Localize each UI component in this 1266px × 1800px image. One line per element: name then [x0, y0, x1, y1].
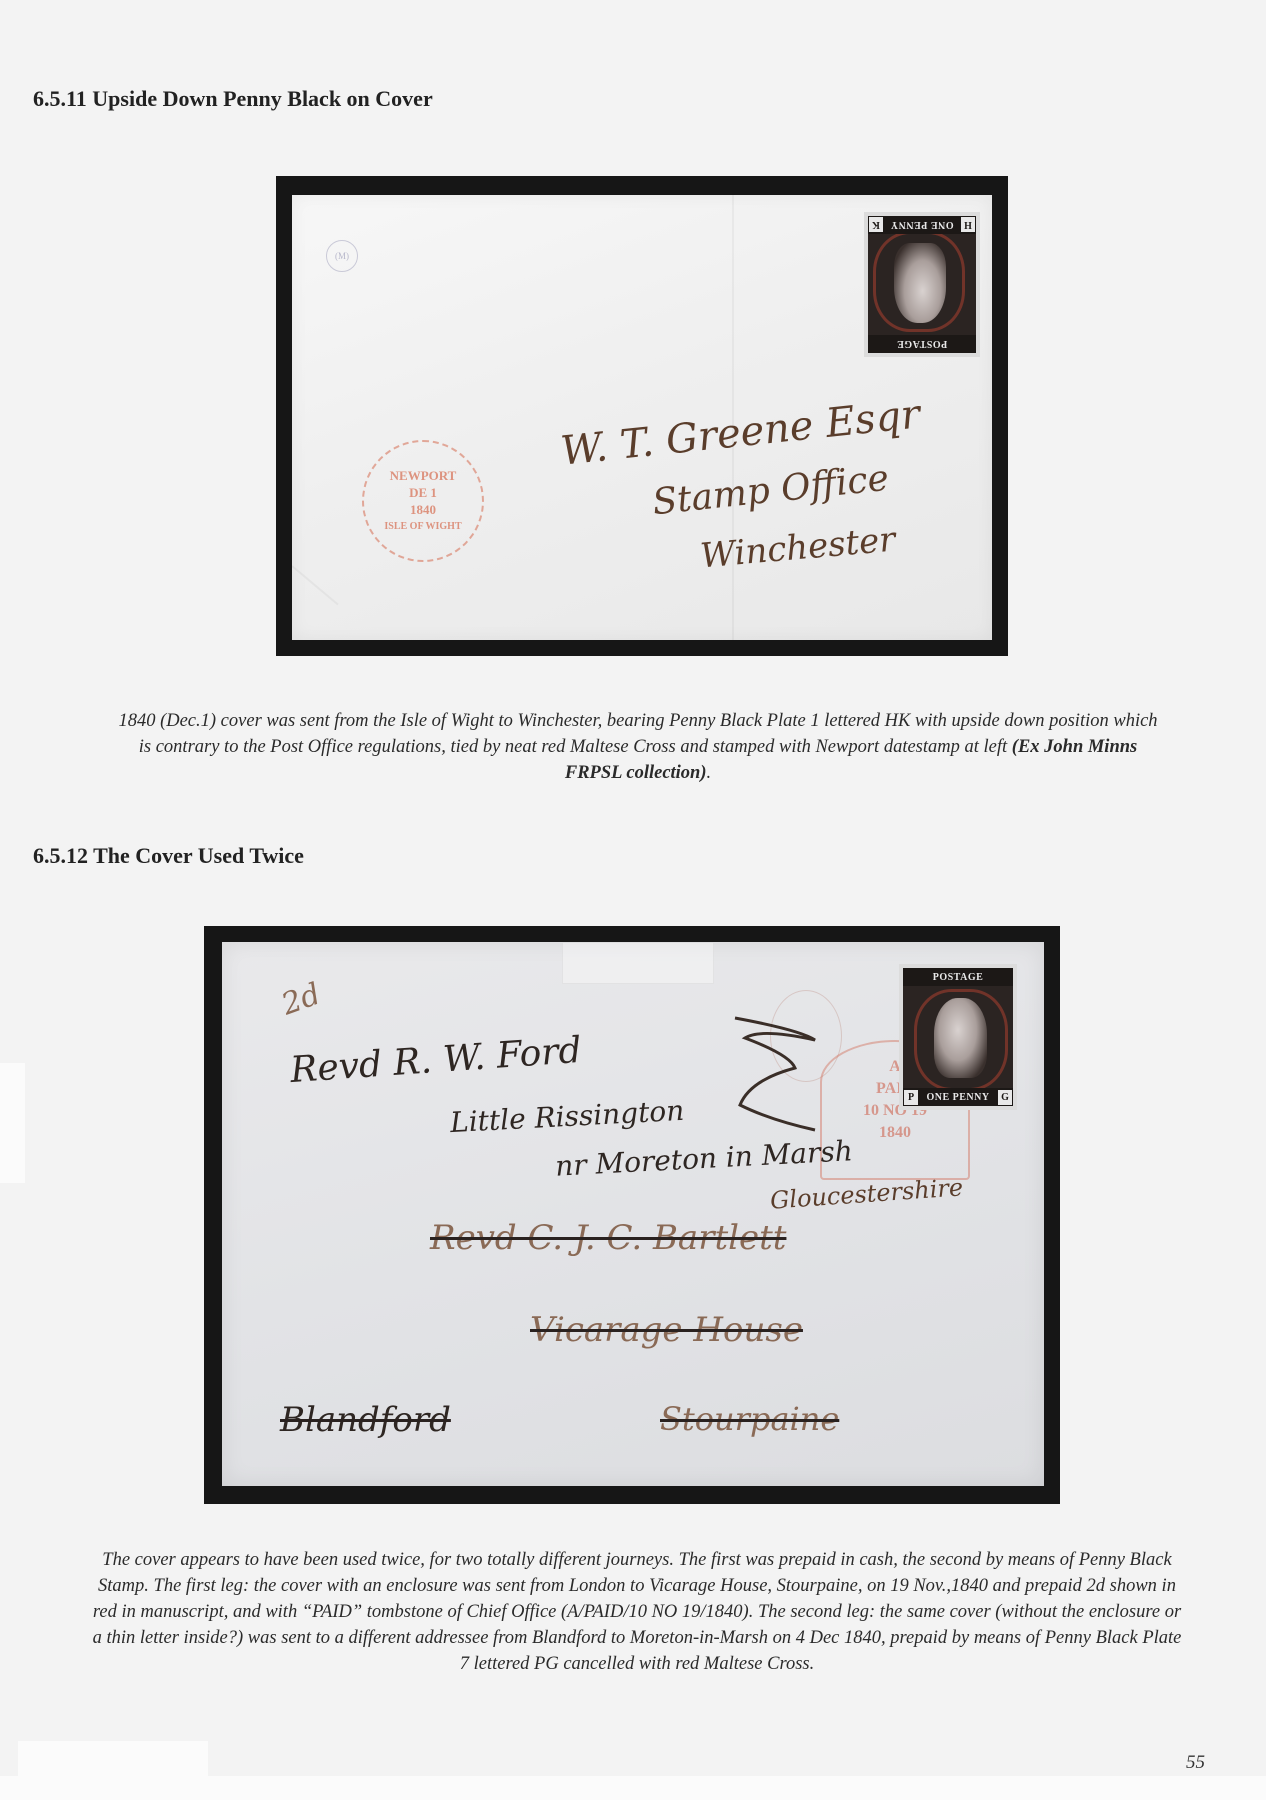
- caption-text: 1840 (Dec.1) cover was sent from the Isl…: [118, 711, 1157, 757]
- address-crossed-line-1: Revd C. J. C. Bartlett: [430, 1218, 786, 1258]
- caption-cover-2: The cover appears to have been used twic…: [92, 1547, 1182, 1677]
- postmark-line: DE 1: [384, 484, 461, 501]
- caption-cover-1: 1840 (Dec.1) cover was sent from the Isl…: [118, 708, 1158, 786]
- penny-black-stamp-upright: POSTAGE ONE PENNY P G: [899, 964, 1017, 1110]
- scan-artifact-patch: [18, 1741, 208, 1777]
- maltese-cross-cancel: [873, 231, 965, 333]
- postmark-line: NEWPORT: [384, 467, 461, 484]
- scan-bottom-margin: [0, 1776, 1266, 1800]
- stamp-bottom-band: ONE PENNY: [868, 216, 976, 234]
- address-crossed-line-2: Vicarage House: [530, 1310, 803, 1350]
- page-number: 55: [1186, 1752, 1205, 1774]
- address-crossed-line-4: Blandford: [280, 1400, 451, 1440]
- postmark-line: 1840: [384, 501, 461, 518]
- stamp-corner-letter-left: H: [961, 217, 975, 232]
- penny-black-stamp-upside-down: POSTAGE ONE PENNY H K: [864, 212, 980, 357]
- fold-crease: [291, 565, 338, 605]
- section-heading-upside-down-penny-black: 6.5.11 Upside Down Penny Black on Cover: [33, 86, 433, 112]
- ink-flourish: [720, 1010, 830, 1150]
- stamp-corner-letter-right: G: [998, 1090, 1012, 1105]
- stamp-corner-letter-left: P: [904, 1090, 918, 1105]
- stamp-bottom-band: ONE PENNY: [903, 1088, 1013, 1106]
- stamp-top-band: POSTAGE: [903, 968, 1013, 986]
- pencil-annotation-mark: (M): [326, 240, 358, 272]
- stamp-top-band: POSTAGE: [868, 335, 976, 353]
- newport-datestamp: NEWPORT DE 1 1840 ISLE OF WIGHT: [362, 440, 484, 562]
- scan-artifact-patch: [0, 1063, 25, 1183]
- maltese-cross-cancel: [914, 989, 1008, 1092]
- address-crossed-line-3: Stourpaine: [660, 1400, 839, 1438]
- section-heading-cover-used-twice: 6.5.12 The Cover Used Twice: [33, 843, 304, 869]
- caption-end: .: [707, 763, 712, 783]
- stamp-corner-letter-right: K: [869, 217, 883, 232]
- hinge-patch: [562, 942, 714, 984]
- postmark-line: ISLE OF WIGHT: [384, 518, 461, 535]
